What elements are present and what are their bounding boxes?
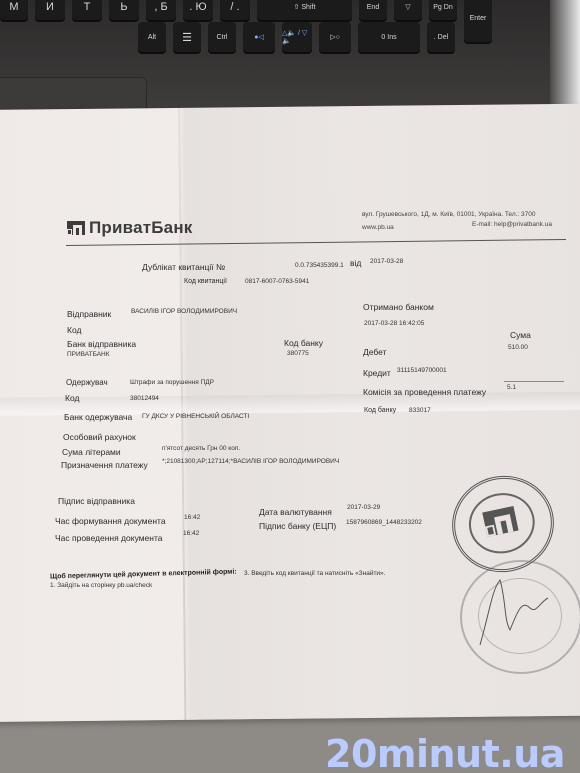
doc-processed-label: Час проведення документа bbox=[55, 533, 163, 543]
credit-value: 31115149700001 bbox=[397, 367, 447, 374]
sender-bank-value: ПРИВАТБАНК bbox=[67, 351, 110, 358]
personal-account-label: Особовий рахунок bbox=[63, 432, 136, 442]
credit-label: Кредит bbox=[363, 368, 391, 378]
instructions-step-1: 1. Зайдіть на сторінку pb.ua/check bbox=[50, 582, 152, 589]
recipient-code-label: Код bbox=[65, 393, 79, 403]
bank-signature-label: Підпис банку (ЕЦП) bbox=[259, 521, 336, 531]
site-watermark: 20minut.ua bbox=[325, 732, 565, 773]
bank-address: вул. Грушевського, 1Д, м. Київ, 01001, У… bbox=[362, 211, 536, 218]
purpose-value: *;21081300;AP;127114;*ВАСИЛІВ ІГОР ВОЛОД… bbox=[162, 458, 339, 465]
instructions-step-3: 3. Введіть код квитанції та натисніть «З… bbox=[244, 570, 385, 577]
receipt-document: ПриватБанк вул. Грушевського, 1Д, м. Киї… bbox=[0, 0, 580, 773]
sender-code-label: Код bbox=[67, 325, 81, 335]
sender-bank-code-label: Код банку bbox=[284, 338, 323, 348]
duplicate-number: 0.0.735435399.1 bbox=[295, 262, 344, 269]
sender-bank-label: Банк відправника bbox=[67, 339, 136, 349]
recipient-bank-code-value: 833017 bbox=[409, 407, 431, 414]
doc-created-label: Час формування документа bbox=[55, 516, 166, 526]
sender-label: Відправник bbox=[67, 309, 111, 319]
doc-created-value: 16:42 bbox=[184, 514, 200, 521]
sum-words-value: п'ятсот десять Грн 00 коп. bbox=[162, 445, 240, 452]
recipient-name: Штрафи за порушення ПДР bbox=[130, 379, 214, 386]
debit-label: Дебет bbox=[363, 347, 387, 357]
recipient-code-value: 38012494 bbox=[130, 395, 159, 402]
received-label: Отримано банком bbox=[363, 302, 434, 312]
sum-divider bbox=[504, 381, 564, 382]
sender-signature-label: Підпис відправника bbox=[58, 496, 135, 506]
sender-bank-code-value: 380775 bbox=[287, 350, 309, 357]
commission-label: Комісія за проведення платежу bbox=[363, 387, 486, 397]
recipient-bank-value: ГУ ДКСУ У РІВНЕНСЬКІЙ ОБЛАСТІ bbox=[142, 413, 249, 420]
recipient-label: Одержувач bbox=[66, 378, 108, 387]
value-date-label: Дата валютування bbox=[259, 507, 332, 517]
sender-name: ВАСИЛІВ ІГОР ВОЛОДИМИРОВИЧ bbox=[131, 308, 237, 315]
privatbank-logo-icon bbox=[67, 221, 85, 235]
sum-words-label: Сума літерами bbox=[62, 447, 121, 457]
date-label: від bbox=[350, 258, 361, 268]
value-date-value: 2017-03-29 bbox=[347, 504, 380, 511]
bank-name: ПриватБанк bbox=[89, 218, 193, 238]
receipt-code-value: 0817-6007-0763-5941 bbox=[245, 278, 309, 285]
date-value: 2017-03-28 bbox=[370, 258, 403, 265]
receipt-code-label: Код квитанції bbox=[184, 278, 227, 285]
commission-value: 5.1 bbox=[507, 384, 516, 391]
bank-email[interactable]: E-mail: help@privatbank.ua bbox=[472, 221, 552, 228]
duplicate-label: Дублікат квитанції № bbox=[142, 262, 225, 272]
recipient-bank-code-label: Код банку bbox=[364, 407, 396, 414]
received-value: 2017-03-28 16:42:05 bbox=[364, 320, 424, 327]
bank-website[interactable]: www.pb.ua bbox=[362, 224, 394, 231]
sum-label: Сума bbox=[510, 330, 531, 340]
bank-signature-value: 1587960869_1448233202 bbox=[346, 519, 422, 526]
recipient-bank-label: Банк одержувача bbox=[64, 412, 132, 422]
instructions-title: Щоб переглянути цей документ в електронн… bbox=[50, 569, 237, 581]
purpose-label: Призначення платежу bbox=[61, 460, 148, 470]
debit-value: 510.00 bbox=[508, 344, 528, 351]
doc-processed-value: 16:42 bbox=[183, 530, 199, 537]
privatbank-logo: ПриватБанк bbox=[67, 218, 193, 238]
handwritten-signature bbox=[470, 550, 560, 660]
header-divider bbox=[66, 239, 566, 246]
